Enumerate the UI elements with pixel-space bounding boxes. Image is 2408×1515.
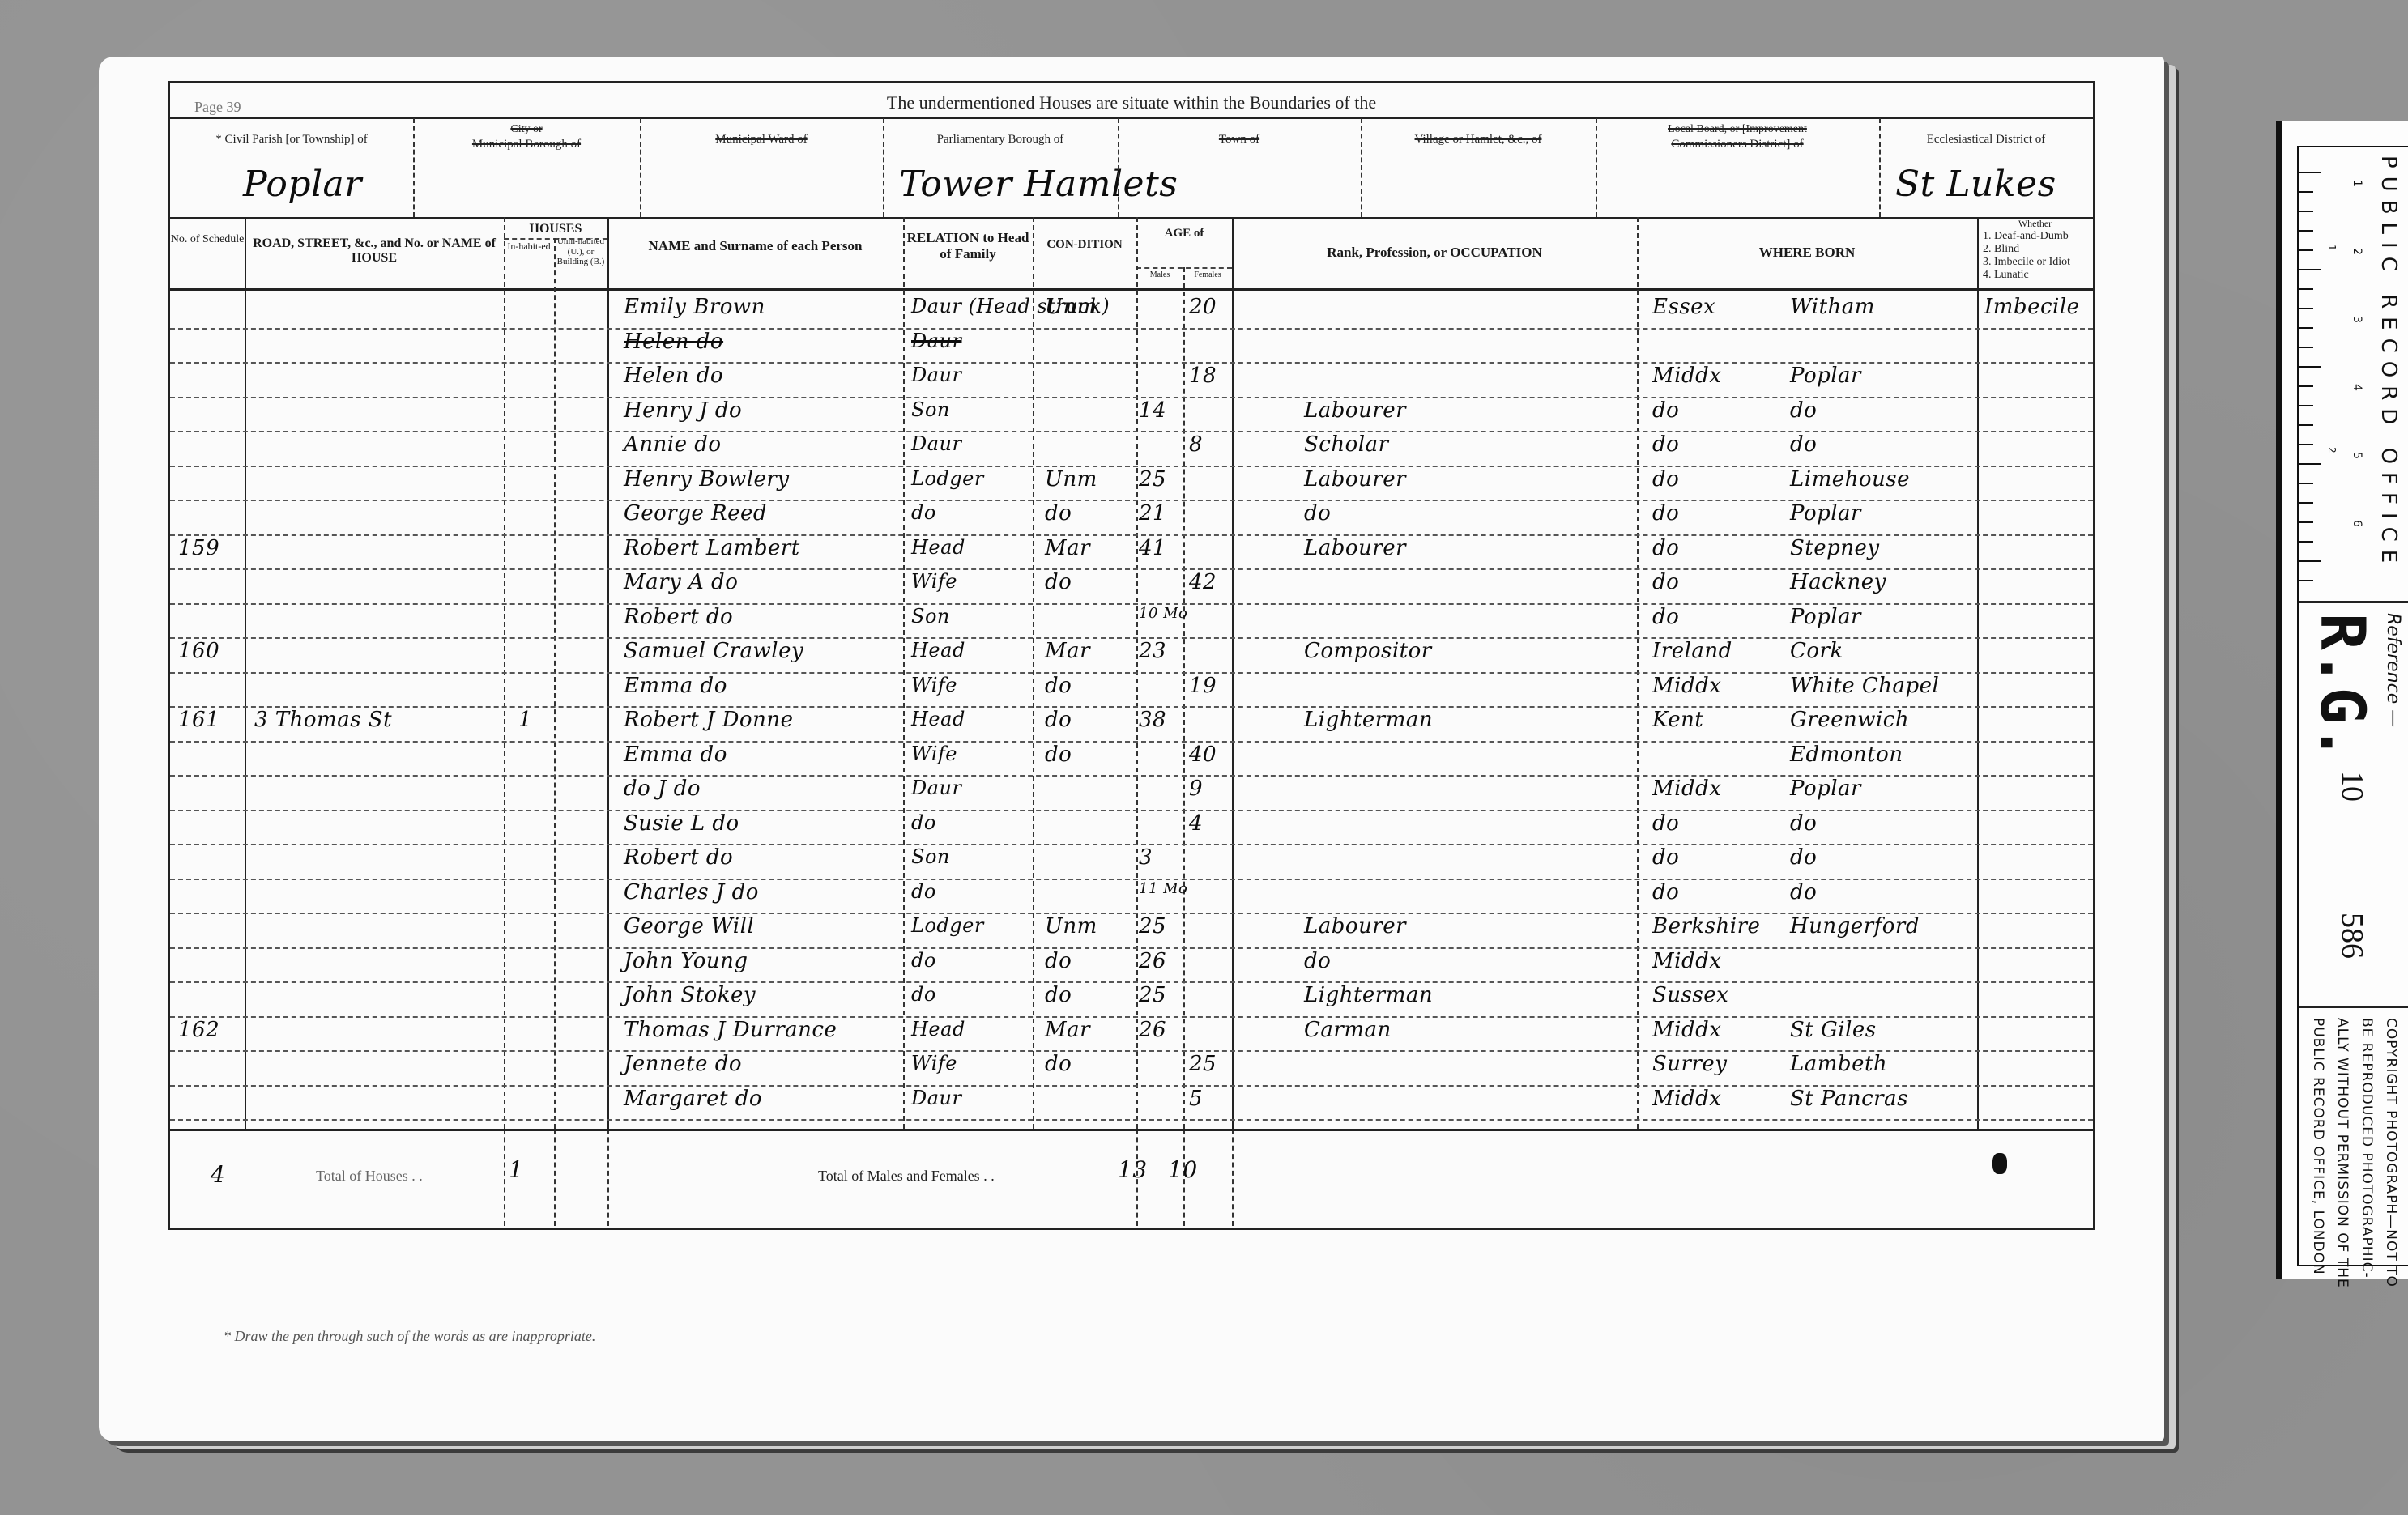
relation-to-head: Son (911, 605, 950, 628)
totals-column-line (607, 1129, 609, 1226)
row-divider (170, 1119, 2093, 1121)
ruler-tick (2299, 483, 2313, 484)
table-row: George WillLodgerUnm25LabourerBerkshireH… (170, 913, 2093, 947)
ruler-tick (2299, 327, 2313, 329)
birth-place: do (1790, 845, 1817, 870)
marital-condition: do (1045, 743, 1072, 767)
marital-condition: do (1045, 983, 1072, 1007)
marital-condition: Mar (1045, 1018, 1090, 1042)
relation-to-head: Lodger (911, 467, 984, 490)
marital-condition: Mar (1045, 639, 1090, 663)
table-row: 160Samuel CrawleyHeadMar23CompositorIrel… (170, 637, 2093, 672)
totals-divider (170, 1129, 2093, 1131)
ruler-divider (2299, 601, 2408, 603)
marital-condition: do (1045, 949, 1072, 973)
infirmity-option: 1. Deaf-and-Dumb (1983, 230, 2069, 242)
boundary-label: Municipal Borough of (418, 138, 635, 151)
person-name: John Young (624, 949, 748, 973)
person-name: Robert do (624, 845, 733, 870)
occupation: Lighterman (1304, 708, 1433, 732)
ruler-cm-label: 3 (2350, 316, 2363, 323)
table-row: Emma doWifedo19MiddxWhite Chapel (170, 672, 2093, 707)
relation-to-head: Head (911, 708, 965, 730)
ruler-cm-label: 4 (2350, 384, 2363, 391)
relation-to-head: Daur (911, 330, 961, 352)
occupation: Labourer (1304, 398, 1406, 423)
reference-folio: 586 (2334, 913, 2370, 959)
occupation: Compositor (1304, 639, 1432, 663)
male-age: 26 (1139, 1018, 1166, 1042)
males-total: 13 (1118, 1156, 1148, 1183)
ink-blot (1992, 1153, 2007, 1174)
birth-place: Poplar (1790, 777, 1861, 801)
marital-condition: Unm (1045, 295, 1097, 319)
person-name: Mary A do (624, 570, 738, 594)
record-office-header: PUBLIC RECORD OFFICE (2376, 155, 2401, 571)
birth-county: do (1652, 845, 1679, 870)
occupation: Lighterman (1304, 983, 1433, 1007)
person-name: Annie do (624, 432, 722, 457)
person-name: Thomas J Durrance (624, 1018, 837, 1042)
birth-place: Poplar (1790, 501, 1861, 526)
table-row: Emma doWifedo40Edmonton (170, 741, 2093, 776)
boundary-divider (883, 118, 884, 217)
boundary-label: Village or Hamlet, &c., of (1366, 133, 1591, 147)
relation-to-head: Lodger (911, 914, 984, 937)
ruler-tick (2299, 463, 2321, 465)
birth-county: Middx (1652, 364, 1721, 388)
birth-county: Sussex (1652, 983, 1728, 1007)
table-row: John Youngdodo26doMiddx (170, 947, 2093, 982)
birth-county: Ireland (1652, 639, 1732, 663)
ruler-tick (2299, 269, 2321, 270)
ruler-inch-label: 2 (2326, 447, 2338, 453)
relation-to-head: Wife (911, 743, 957, 765)
birth-county: do (1652, 570, 1679, 594)
male-age: 10 Mo (1139, 605, 1187, 622)
occupation: do (1304, 949, 1331, 973)
table-row: Henry BowleryLodgerUnm25LabourerdoLimeho… (170, 466, 2093, 500)
female-age: 9 (1189, 777, 1203, 801)
occupation: do (1304, 501, 1331, 526)
table-row: Robert doSon10 ModoPoplar (170, 603, 2093, 638)
birth-county: Kent (1652, 708, 1703, 732)
female-age: 20 (1189, 295, 1217, 319)
birth-place: Poplar (1790, 364, 1861, 388)
birth-county: Middx (1652, 949, 1721, 973)
ruler-tick (2299, 444, 2313, 445)
infirmity-option: 3. Imbecile or Idiot (1983, 256, 2070, 268)
ruler-tick (2299, 424, 2313, 426)
relation-to-head: Daur (911, 364, 961, 386)
relation-to-head: Daur (911, 777, 961, 799)
header-schedule: No. of Schedule (170, 233, 245, 246)
table-row: Jennete doWifedo25SurreyLambeth (170, 1050, 2093, 1085)
header-age: AGE of (1136, 227, 1232, 240)
boundary-label: Town of (1123, 133, 1356, 147)
header-females: Females (1183, 270, 1232, 280)
ruler-cm-label: 2 (2350, 248, 2363, 255)
copyright-line: ALLY WITHOUT PERMISSION OF THE (2334, 1018, 2350, 1288)
person-name: Charles J do (624, 880, 759, 904)
footnote: * Draw the pen through such of the words… (224, 1328, 595, 1345)
ruler-tick (2299, 172, 2321, 173)
ruler-tick (2299, 541, 2313, 543)
birth-place: Cork (1790, 639, 1843, 663)
boundary-divider (1118, 118, 1119, 217)
ruler-tick (2299, 385, 2313, 387)
boundary-label: * Civil Parish [or Township] of (175, 133, 408, 147)
persons-total-label: Total of Males and Females . . (818, 1168, 995, 1185)
houses-total-value: 1 (509, 1156, 523, 1183)
birth-place: Witham (1790, 295, 1875, 319)
boundary-divider (1879, 118, 1881, 217)
road-address: 3 Thomas St (254, 708, 392, 732)
boundary-value: Tower Hamlets (899, 164, 1178, 205)
marital-condition: do (1045, 1052, 1072, 1076)
infirmity-option: 4. Lunatic (1983, 269, 2029, 281)
infirmity-option: 2. Blind (1983, 243, 2019, 255)
relation-to-head: Daur (911, 432, 961, 455)
person-name: Samuel Crawley (624, 639, 803, 663)
relation-to-head: do (911, 983, 936, 1006)
header-name: NAME and Surname of each Person (624, 238, 887, 254)
birth-place: Lambeth (1790, 1052, 1887, 1076)
birth-place: do (1790, 432, 1817, 457)
birth-county: do (1652, 605, 1679, 629)
inhabited-count: 1 (518, 708, 532, 732)
birth-place: do (1790, 398, 1817, 423)
birth-county: do (1652, 501, 1679, 526)
ruler-tick (2299, 249, 2313, 251)
birth-county: do (1652, 880, 1679, 904)
person-name: Henry Bowlery (624, 467, 790, 492)
boundary-label-top: City or (413, 123, 640, 135)
table-row: Mary A doWifedo42doHackney (170, 568, 2093, 603)
marital-condition: Unm (1045, 467, 1097, 492)
header-males: Males (1136, 270, 1183, 280)
female-age: 5 (1189, 1087, 1203, 1111)
copyright-line: BE REPRODUCED PHOTOGRAPHIC- (2359, 1018, 2375, 1279)
birth-county: Middx (1652, 777, 1721, 801)
relation-to-head: Wife (911, 1052, 957, 1075)
person-name: do J do (624, 777, 701, 801)
table-row: George Reeddodo21dodoPoplar (170, 500, 2093, 534)
birth-place: Hungerford (1790, 914, 1920, 938)
ruler-inch-label: 1 (2326, 245, 2338, 251)
houses-subheader-line (504, 238, 607, 240)
male-age: 25 (1139, 467, 1166, 492)
birth-county: do (1652, 398, 1679, 423)
birth-county: Middx (1652, 1087, 1721, 1111)
table-row: 159Robert LambertHeadMar41LabourerdoStep… (170, 534, 2093, 569)
person-name: Robert J Donne (624, 708, 793, 732)
boundary-label: Ecclesiastical District of (1884, 133, 2088, 147)
birth-county: Middx (1652, 1018, 1721, 1042)
birth-county: Essex (1652, 295, 1715, 319)
birth-county: Surrey (1652, 1052, 1728, 1076)
table-row: do J doDaur9MiddxPoplar (170, 775, 2093, 810)
relation-to-head: Daur (911, 1087, 961, 1109)
reference-piece: 10 (2334, 771, 2370, 802)
table-row: Helen doDaur (170, 328, 2093, 363)
ruler-cm-label: 5 (2350, 452, 2363, 459)
table-row: Helen doDaur18MiddxPoplar (170, 362, 2093, 397)
birth-county: Middx (1652, 674, 1721, 698)
infirmity: Imbecile (1984, 295, 2080, 319)
females-total: 10 (1168, 1156, 1198, 1183)
ruler-tick (2299, 347, 2313, 348)
reference-series: R.G. (2307, 613, 2379, 761)
person-name: Henry J do (624, 398, 742, 423)
table-row: Henry J doSon14Labourerdodo (170, 397, 2093, 432)
header-uninhabited: Unin-habited (U.), or Building (B.) (554, 236, 607, 267)
table-row: Charles J dodo11 Mododo (170, 879, 2093, 913)
houses-total-label: Total of Houses . . (316, 1168, 423, 1185)
relation-to-head: do (911, 949, 936, 972)
birth-county: do (1652, 467, 1679, 492)
ruler-tick (2299, 521, 2313, 523)
male-age: 25 (1139, 914, 1166, 938)
ruler-tick (2299, 288, 2313, 290)
ruler-tick (2299, 211, 2313, 212)
relation-to-head: Son (911, 398, 950, 421)
person-name: Robert do (624, 605, 733, 629)
relation-to-head: Wife (911, 570, 957, 593)
male-age: 14 (1139, 398, 1166, 423)
copyright-divider (2299, 1006, 2408, 1008)
marital-condition: do (1045, 708, 1072, 732)
reference-card-frame: PUBLIC RECORD OFFICE 12345612 Reference … (2297, 146, 2408, 1266)
ruler-tick (2299, 308, 2313, 309)
table-row: 162Thomas J DurranceHeadMar26CarmanMiddx… (170, 1016, 2093, 1051)
ruler-tick (2299, 230, 2313, 232)
person-name: Jennete do (624, 1052, 742, 1076)
person-name: Helen do (624, 330, 723, 354)
table-row: Robert doSon3dodo (170, 844, 2093, 879)
person-name: George Will (624, 914, 754, 938)
ruler-tick (2299, 502, 2313, 504)
schedules-total: 4 (211, 1161, 225, 1188)
female-age: 19 (1189, 674, 1217, 698)
occupation: Labourer (1304, 467, 1406, 492)
marital-condition: do (1045, 570, 1072, 594)
female-age: 25 (1189, 1052, 1217, 1076)
relation-to-head: do (911, 811, 936, 834)
relation-to-head: Wife (911, 674, 957, 696)
birth-place: Limehouse (1790, 467, 1910, 492)
female-age: 40 (1189, 743, 1217, 767)
birth-county: do (1652, 811, 1679, 836)
boundary-value: Poplar (243, 164, 362, 205)
boundary-label: Commissioners District] of (1600, 138, 1874, 151)
birth-place: Greenwich (1790, 708, 1909, 732)
table-row: Susie L dodo4dodo (170, 810, 2093, 845)
person-name: Susie L do (624, 811, 739, 836)
table-row: Margaret doDaur5MiddxSt Pancras (170, 1085, 2093, 1120)
birth-county: Berkshire (1652, 914, 1760, 938)
header-where-born: WHERE BORN (1637, 245, 1977, 261)
birth-place: Poplar (1790, 605, 1861, 629)
boundaries-banner: The undermentioned Houses are situate wi… (170, 92, 2093, 113)
person-name: Emma do (624, 743, 727, 767)
male-age: 23 (1139, 639, 1166, 663)
birth-place: St Pancras (1790, 1087, 1908, 1111)
birth-place: do (1790, 811, 1817, 836)
relation-to-head: Head (911, 639, 965, 662)
person-name: John Stokey (624, 983, 756, 1007)
schedule-number: 159 (178, 536, 219, 560)
person-name: George Reed (624, 501, 767, 526)
schedule-number: 162 (178, 1018, 219, 1042)
ruler-tick (2299, 580, 2313, 581)
occupation: Labourer (1304, 536, 1406, 560)
person-name: Robert Lambert (624, 536, 800, 560)
birth-county: do (1652, 432, 1679, 457)
ruler-tick (2299, 366, 2321, 368)
boundaries-divider (170, 217, 2093, 219)
ruler-tick (2299, 191, 2313, 193)
schedule-number: 160 (178, 639, 219, 663)
boundary-label-top: Local Board, or [Improvement (1596, 123, 1879, 135)
reference-label: Reference — (2383, 613, 2403, 727)
totals-column-line (1232, 1129, 1234, 1226)
relation-to-head: Head (911, 536, 965, 559)
header-houses: HOUSES (504, 222, 607, 236)
female-age: 4 (1189, 811, 1203, 836)
birth-place: Edmonton (1790, 743, 1903, 767)
marital-condition: do (1045, 501, 1072, 526)
table-row: Emily BrownDaur (Head struck)Unm20EssexW… (170, 293, 2093, 328)
boundary-divider (640, 118, 641, 217)
female-age: 18 (1189, 364, 1217, 388)
header-relation: RELATION to Head of Family (903, 230, 1033, 262)
header-road: ROAD, STREET, &c., and No. or NAME of HO… (251, 236, 497, 266)
boundary-label: Parliamentary Borough of (888, 133, 1113, 147)
totals-column-line (504, 1129, 505, 1226)
birth-place: Stepney (1790, 536, 1880, 560)
copyright-line: PUBLIC RECORD OFFICE, LONDON (2310, 1018, 2326, 1275)
birth-place: Hackney (1790, 570, 1886, 594)
ruler-tick (2299, 560, 2321, 562)
boundary-value: St Lukes (1895, 164, 2056, 205)
boundary-divider (1361, 118, 1362, 217)
copyright-line: COPYRIGHT PHOTOGRAPH—NOT TO (2383, 1018, 2399, 1287)
male-age: 3 (1139, 845, 1153, 870)
male-age: 38 (1139, 708, 1166, 732)
header-infirmity-title: Whether (1977, 219, 2093, 230)
schedule-number: 161 (178, 708, 219, 732)
female-age: 8 (1189, 432, 1203, 457)
birth-place: St Giles (1790, 1018, 1877, 1042)
male-age: 41 (1139, 536, 1166, 560)
relation-to-head: Head (911, 1018, 965, 1040)
female-age: 42 (1189, 570, 1217, 594)
ruler-cm-label: 6 (2350, 520, 2363, 527)
person-name: Margaret do (624, 1087, 762, 1111)
marital-condition: Unm (1045, 914, 1097, 938)
banner-divider (170, 117, 2093, 119)
birth-place: White Chapel (1790, 674, 1939, 698)
occupation: Scholar (1304, 432, 1389, 457)
occupation: Carman (1304, 1018, 1392, 1042)
reference-card: PUBLIC RECORD OFFICE 12345612 Reference … (2276, 121, 2408, 1279)
person-name: Emily Brown (624, 295, 765, 319)
male-age: 26 (1139, 949, 1166, 973)
male-age: 25 (1139, 983, 1166, 1007)
person-name: Helen do (624, 364, 723, 388)
table-row: John Stokeydodo25LightermanSussex (170, 981, 2093, 1016)
ruler-tick (2299, 405, 2313, 406)
relation-to-head: do (911, 501, 936, 524)
boundary-label: Municipal Ward of (645, 133, 878, 147)
header-divider (170, 288, 2093, 291)
birth-county: do (1652, 536, 1679, 560)
birth-place: do (1790, 880, 1817, 904)
header-condition: CON-DITION (1041, 238, 1128, 252)
header-inhabited: In-habit-ed (504, 241, 554, 253)
relation-to-head: Son (911, 845, 950, 868)
census-form: Page 39 The undermentioned Houses are si… (168, 81, 2095, 1230)
marital-condition: Mar (1045, 536, 1090, 560)
table-row: 1613 Thomas St1Robert J DonneHeaddo38Lig… (170, 706, 2093, 741)
table-row: Annie doDaur8Scholardodo (170, 431, 2093, 466)
person-name: Emma do (624, 674, 727, 698)
header-occupation: Rank, Profession, or OCCUPATION (1232, 245, 1637, 261)
totals-column-line (554, 1129, 556, 1226)
male-age: 21 (1139, 501, 1166, 526)
male-age: 11 Mo (1139, 880, 1187, 897)
marital-condition: do (1045, 674, 1072, 698)
relation-to-head: do (911, 880, 936, 903)
ruler-cm-label: 1 (2350, 180, 2363, 187)
occupation: Labourer (1304, 914, 1406, 938)
